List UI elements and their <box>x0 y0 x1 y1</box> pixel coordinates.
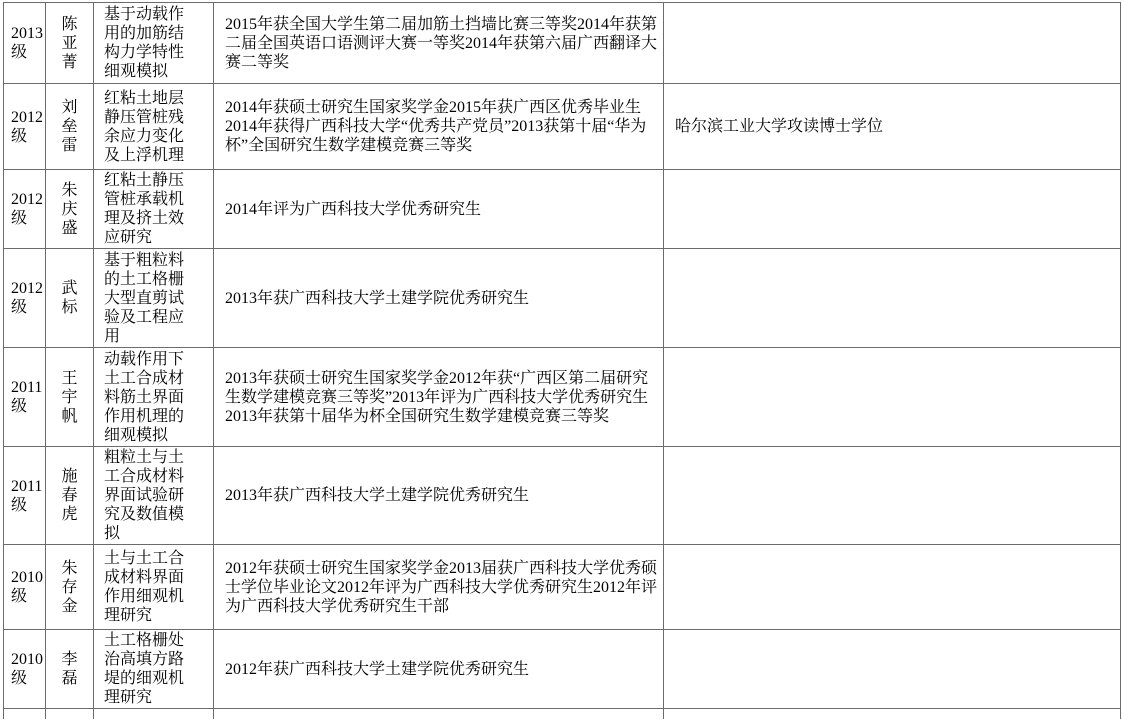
cell-topic: 基于粗粒料的土工格栅大型直剪试验及工程应用 <box>94 249 214 348</box>
grade-text: 2013级 <box>11 24 38 62</box>
awards-text: 2013年获广西科技大学土建学院优秀研究生 <box>225 486 657 505</box>
awards-text: 2012年获广西科技大学土建学院优秀研究生 <box>225 660 657 679</box>
grade-text: 2012级 <box>11 108 38 146</box>
cell-name: 陈亚菁 <box>46 3 94 84</box>
cell-awards: 2012年获广西科技大学土建学院优秀研究生 <box>214 630 664 709</box>
cell-topic: 红粘土静压管桩承载机理及挤土效应研究 <box>94 170 214 249</box>
grade-text: 2010级 <box>11 650 38 688</box>
table-row: 2012级朱庆盛红粘土静压管桩承载机理及挤土效应研究2014年评为广西科技大学优… <box>4 170 1121 249</box>
cell-name: 武标 <box>46 249 94 348</box>
awards-text: 2015年获全国大学生第二届加筋土挡墙比赛三等奖2014年获第二届全国英语口语测… <box>225 15 657 72</box>
cell-grade <box>4 709 46 720</box>
table-row: 2010级朱存金土与土工合成材料界面作用细观机理研究2012年获硕士研究生国家奖… <box>4 545 1121 630</box>
cell-grade: 2011级 <box>4 447 46 545</box>
table-row: 2012级刘垒雷红粘土地层静压管桩残余应力变化及上浮机理2014年获硕士研究生国… <box>4 84 1121 170</box>
cell-grade: 2012级 <box>4 249 46 348</box>
cell-name: 朱存金 <box>46 545 94 630</box>
name-text: 刘垒雷 <box>61 98 79 155</box>
cell-topic: 红粘土地层静压管桩残余应力变化及上浮机理 <box>94 84 214 170</box>
cell-awards: 2013年获硕士研究生国家奖学金2012年获“广西区第二届研究生数学建模竞赛三等… <box>214 348 664 447</box>
cell-note <box>664 3 1121 84</box>
name-text: 朱庆盛 <box>61 181 79 238</box>
topic-text: 动载作用下土工合成材料筋土界面作用机理的细观模拟 <box>104 350 186 445</box>
name-text: 武标 <box>61 279 79 317</box>
note-text: 哈尔滨工业大学攻读博士学位 <box>675 117 1110 136</box>
awards-text: 2013年获广西科技大学土建学院优秀研究生 <box>225 289 657 308</box>
name-text: 李磊 <box>61 650 79 688</box>
cell-awards: 2014年评为广西科技大学优秀研究生 <box>214 170 664 249</box>
awards-text: 2012年获硕士研究生国家奖学金2013届获广西科技大学优秀硕士学位毕业论文20… <box>225 559 657 616</box>
cell-note: 哈尔滨工业大学攻读博士学位 <box>664 84 1121 170</box>
student-records-table: 2013级陈亚菁基于动载作用的加筋结构力学特性细观模拟2015年获全国大学生第二… <box>3 2 1121 719</box>
cell-name: 朱庆盛 <box>46 170 94 249</box>
cell-note <box>664 447 1121 545</box>
topic-text: 基于动载作用的加筋结构力学特性细观模拟 <box>104 5 186 81</box>
cell-note <box>664 249 1121 348</box>
table-row-partial <box>4 709 1121 720</box>
cell-awards: 2014年获硕士研究生国家奖学金2015年获广西区优秀毕业生2014年获得广西科… <box>214 84 664 170</box>
grade-text: 2011级 <box>11 378 38 416</box>
grade-text: 2010级 <box>11 568 38 606</box>
topic-text: 红粘土地层静压管桩残余应力变化及上浮机理 <box>104 89 186 165</box>
cell-note <box>664 170 1121 249</box>
name-text: 施春虎 <box>61 467 79 524</box>
cell-grade: 2010级 <box>4 630 46 709</box>
cell-grade: 2012级 <box>4 170 46 249</box>
cell-grade: 2012级 <box>4 84 46 170</box>
cell-note <box>664 348 1121 447</box>
cell-grade: 2010级 <box>4 545 46 630</box>
document-sheet: 2013级陈亚菁基于动载作用的加筋结构力学特性细观模拟2015年获全国大学生第二… <box>0 0 1122 723</box>
topic-text: 粗粒土与土工合成材料界面试验研究及数值模拟 <box>104 448 186 543</box>
topic-text: 红粘土静压管桩承载机理及挤土效应研究 <box>104 171 186 247</box>
topic-text: 土与土工合成材料界面作用细观机理研究 <box>104 549 186 625</box>
cell-topic: 动载作用下土工合成材料筋土界面作用机理的细观模拟 <box>94 348 214 447</box>
topic-text: 基于粗粒料的土工格栅大型直剪试验及工程应用 <box>104 251 186 346</box>
table-row: 2012级武标基于粗粒料的土工格栅大型直剪试验及工程应用2013年获广西科技大学… <box>4 249 1121 348</box>
awards-text: 2013年获硕士研究生国家奖学金2012年获“广西区第二届研究生数学建模竞赛三等… <box>225 369 657 426</box>
cell-topic: 土与土工合成材料界面作用细观机理研究 <box>94 545 214 630</box>
table-row: 2013级陈亚菁基于动载作用的加筋结构力学特性细观模拟2015年获全国大学生第二… <box>4 3 1121 84</box>
table-row: 2010级李磊土工格栅处治高填方路堤的细观机理研究2012年获广西科技大学土建学… <box>4 630 1121 709</box>
grade-text: 2012级 <box>11 279 38 317</box>
cell-name: 李磊 <box>46 630 94 709</box>
grade-text: 2012级 <box>11 190 38 228</box>
grade-text: 2011级 <box>11 477 38 515</box>
cell-topic: 基于动载作用的加筋结构力学特性细观模拟 <box>94 3 214 84</box>
cell-awards: 2013年获广西科技大学土建学院优秀研究生 <box>214 249 664 348</box>
cell-name: 王宇帆 <box>46 348 94 447</box>
awards-text: 2014年评为广西科技大学优秀研究生 <box>225 200 657 219</box>
topic-text: 土工格栅处治高填方路堤的细观机理研究 <box>104 631 186 707</box>
cell-grade: 2011级 <box>4 348 46 447</box>
cell-awards: 2012年获硕士研究生国家奖学金2013届获广西科技大学优秀硕士学位毕业论文20… <box>214 545 664 630</box>
awards-text: 2014年获硕士研究生国家奖学金2015年获广西区优秀毕业生2014年获得广西科… <box>225 98 657 155</box>
name-text: 王宇帆 <box>61 369 79 426</box>
cell-note <box>664 630 1121 709</box>
name-text: 陈亚菁 <box>61 15 79 72</box>
cell-awards: 2015年获全国大学生第二届加筋土挡墙比赛三等奖2014年获第二届全国英语口语测… <box>214 3 664 84</box>
cell-topic: 土工格栅处治高填方路堤的细观机理研究 <box>94 630 214 709</box>
table-row: 2011级施春虎粗粒土与土工合成材料界面试验研究及数值模拟2013年获广西科技大… <box>4 447 1121 545</box>
records-body: 2013级陈亚菁基于动载作用的加筋结构力学特性细观模拟2015年获全国大学生第二… <box>4 3 1121 720</box>
table-row: 2011级王宇帆动载作用下土工合成材料筋土界面作用机理的细观模拟2013年获硕士… <box>4 348 1121 447</box>
cell-topic: 粗粒土与土工合成材料界面试验研究及数值模拟 <box>94 447 214 545</box>
cell-topic <box>94 709 214 720</box>
cell-name: 施春虎 <box>46 447 94 545</box>
cell-note <box>664 545 1121 630</box>
cell-note <box>664 709 1121 720</box>
cell-name <box>46 709 94 720</box>
name-text: 朱存金 <box>61 559 79 616</box>
cell-name: 刘垒雷 <box>46 84 94 170</box>
cell-awards <box>214 709 664 720</box>
cell-grade: 2013级 <box>4 3 46 84</box>
cell-awards: 2013年获广西科技大学土建学院优秀研究生 <box>214 447 664 545</box>
